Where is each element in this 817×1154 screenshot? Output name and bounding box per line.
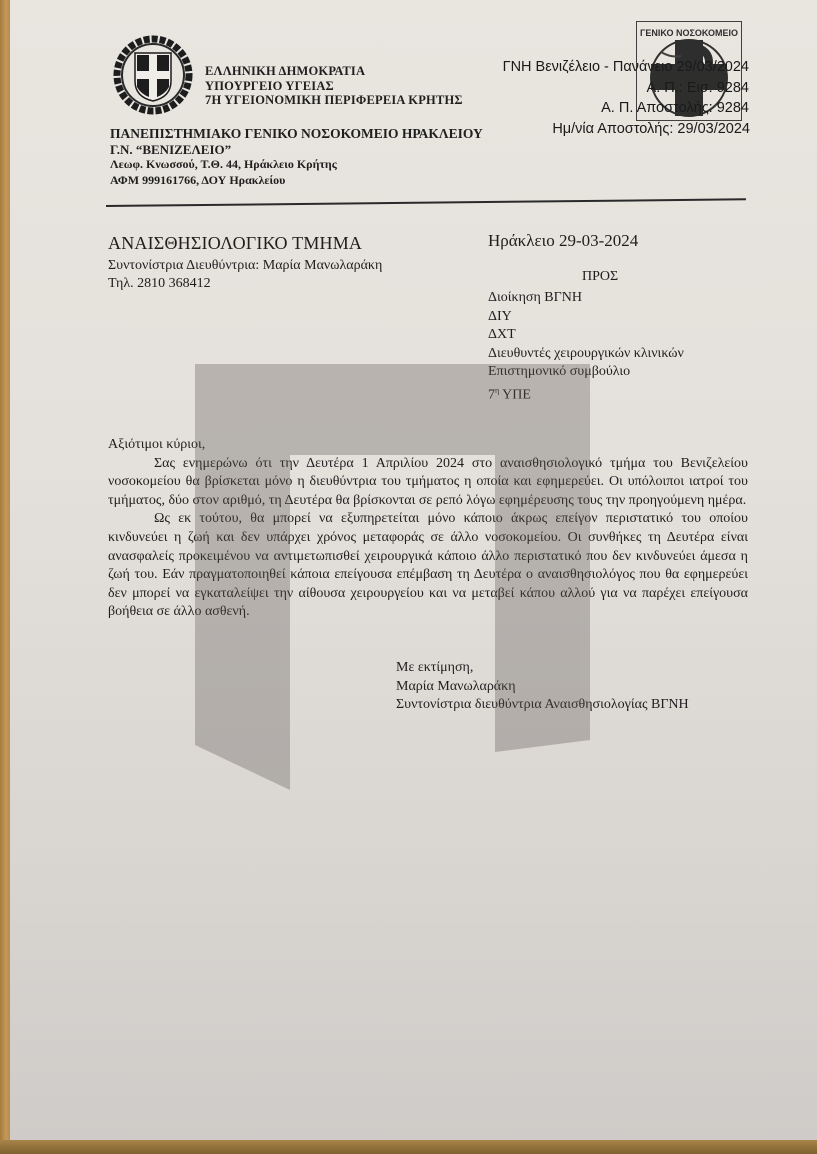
region-line: 7Η ΥΓΕΙΟΝΟΜΙΚΗ ΠΕΡΙΦΕΡΕΙΑ ΚΡΗΤΗΣ [205, 93, 463, 108]
recipient: ΔΙΥ [488, 308, 684, 327]
recipient: Επιστημονικό συμβούλιο [488, 363, 684, 382]
closing-regards: Με εκτίμηση, [396, 659, 689, 678]
hospital-header: ΠΑΝΕΠΙΣΤΗΜΙΑΚΟ ΓΕΝΙΚΟ ΝΟΣΟΚΟΜΕΙΟ ΗΡΑΚΛΕΙ… [110, 126, 483, 188]
signature-block: Με εκτίμηση, Μαρία Μανωλαράκη Συντονίστρ… [396, 659, 689, 715]
body-paragraph: Ως εκ τούτου, θα μπορεί να εξυπηρετείται… [108, 510, 748, 622]
hospital-tax-info: ΑΦΜ 999161766, ΔΟΥ Ηρακλείου [110, 173, 483, 189]
department-title: ΑΝΑΙΣΘΗΣΙΟΛΟΓΙΚΟ ΤΜΗΜΑ [108, 233, 362, 254]
ministry-line: ΥΠΟΥΡΓΕΙΟ ΥΓΕΙΑΣ [205, 79, 463, 94]
signer-title: Συντονίστρια διευθύντρια Αναισθησιολογία… [396, 696, 689, 715]
recipient: ΔΧΤ [488, 326, 684, 345]
registry-send-date: Ημ/νία Αποστολής: 29/03/2024 [552, 119, 750, 139]
recipient: 7η ΥΠΕ [488, 382, 684, 405]
letter-body: Αξιότιμοι κύριοι, Σας ενημερώνω ότι την … [108, 436, 748, 622]
wooden-surface-left [0, 0, 10, 1154]
salutation: Αξιότιμοι κύριοι, [108, 436, 748, 455]
registry-line-2: Α. Π.: Εισ. 9284 [647, 78, 749, 98]
greek-coat-of-arms-icon [113, 35, 193, 115]
svg-text:ΓΕΝΙΚΟ ΝΟΣΟΚΟΜΕΙΟ: ΓΕΝΙΚΟ ΝΟΣΟΚΟΜΕΙΟ [640, 28, 738, 38]
signer-name: Μαρία Μανωλαράκη [396, 678, 689, 697]
hospital-address: Λεωφ. Κνωσσού, Τ.Θ. 44, Ηράκλειο Κρήτης [110, 157, 483, 173]
registry-line-1: ΓΝΗ Βενιζέλειο - Πανάνειο 29/03/2024 [503, 57, 749, 77]
registry-line-3: Α. Π. Αποστολής: 9284 [601, 98, 749, 118]
recipient: Διοίκηση ΒΓΝΗ [488, 289, 684, 308]
government-line: ΕΛΛΗΝΙΚΗ ΔΗΜΟΚΡΑΤΙΑ [205, 64, 463, 79]
hospital-short-name: Γ.Ν. “ΒΕΝΙΖΕΛΕΙΟ” [110, 142, 483, 158]
phone-line: Τηλ. 2810 368412 [108, 275, 382, 293]
recipient: Διευθυντές χειρουργικών κλινικών [488, 345, 684, 364]
recipients-list: Διοίκηση ΒΓΝΗ ΔΙΥ ΔΧΤ Διευθυντές χειρουρ… [488, 289, 684, 405]
government-header: ΕΛΛΗΝΙΚΗ ΔΗΜΟΚΡΑΤΙΑ ΥΠΟΥΡΓΕΙΟ ΥΓΕΙΑΣ 7Η … [205, 64, 463, 108]
director-line: Συντονίστρια Διευθύντρια: Μαρία Μανωλαρά… [108, 257, 382, 275]
sender-info: Συντονίστρια Διευθύντρια: Μαρία Μανωλαρά… [108, 257, 382, 293]
to-label: ΠΡΟΣ [582, 269, 618, 285]
body-paragraph: Σας ενημερώνω ότι την Δευτέρα 1 Απριλίου… [108, 455, 748, 511]
hospital-name: ΠΑΝΕΠΙΣΤΗΜΙΑΚΟ ΓΕΝΙΚΟ ΝΟΣΟΚΟΜΕΙΟ ΗΡΑΚΛΕΙ… [110, 126, 483, 142]
wooden-surface-bottom [0, 1140, 817, 1154]
letter-date: Ηράκλειο 29-03-2024 [488, 231, 638, 251]
